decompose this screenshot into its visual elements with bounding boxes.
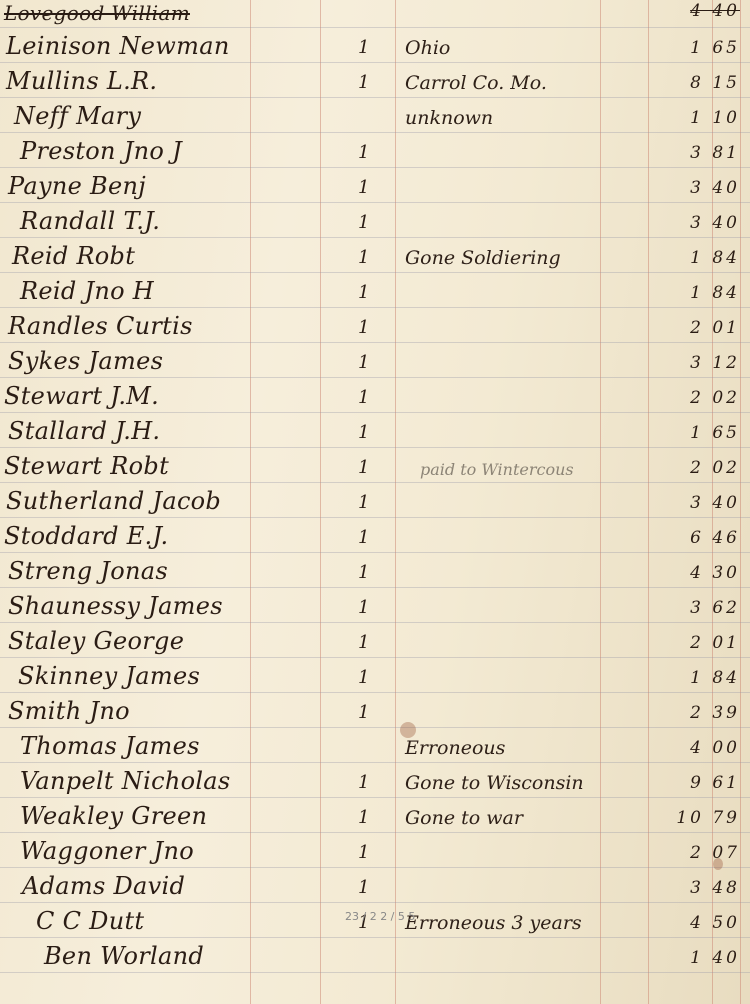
entry-amount: 10 79 — [676, 808, 740, 828]
entry-amount: 3 40 — [690, 178, 740, 198]
entry-amount: 1 84 — [690, 668, 740, 688]
entry-remark: Erroneous 3 years — [405, 912, 582, 934]
entry-amount: 3 48 — [690, 878, 740, 898]
entry-name: Adams David — [22, 872, 185, 900]
ledger-row: Adams David13 48 — [0, 869, 750, 904]
entry-name: Skinney James — [18, 662, 200, 690]
entry-tally: 1 — [358, 667, 369, 688]
entry-tally: 1 — [358, 457, 369, 478]
entry-remark: Gone to Wisconsin — [405, 772, 584, 794]
entry-name: Stallard J.H. — [8, 417, 160, 445]
entry-remark: Carrol Co. Mo. — [405, 72, 547, 94]
entry-amount: 3 62 — [690, 598, 740, 618]
entry-name: Reid Robt — [12, 242, 135, 270]
ledger-row: Stewart J.M.12 02 — [0, 379, 750, 414]
entry-amount: 4 30 — [690, 563, 740, 583]
entry-name: Randles Curtis — [8, 312, 193, 340]
entry-amount: 4 50 — [690, 913, 740, 933]
entry-amount: 4 00 — [690, 738, 740, 758]
entry-name: Sykes James — [8, 347, 163, 375]
entry-name: Staley George — [8, 627, 184, 655]
ledger-row: Thomas JamesErroneous4 00 — [0, 729, 750, 764]
entry-tally: 1 — [358, 282, 369, 303]
entry-remark: paid to Wintercous — [420, 460, 574, 479]
entry-name: Shaunessy James — [8, 592, 223, 620]
entry-name: Payne Benj — [8, 172, 146, 200]
entry-name: Waggoner Jno — [20, 837, 194, 865]
ledger-row: Stoddard E.J.16 46 — [0, 519, 750, 554]
ledger-row: Neff Maryunknown1 10 — [0, 99, 750, 134]
entry-name: Stoddard E.J. — [4, 522, 168, 550]
entry-amount: 2 02 — [690, 388, 740, 408]
entry-name: Thomas James — [20, 732, 200, 760]
entry-name: Smith Jno — [8, 697, 130, 725]
entry-amount: 1 84 — [690, 248, 740, 268]
entry-amount: 3 40 — [690, 213, 740, 233]
entry-amount: 2 01 — [690, 633, 740, 653]
entry-amount: 9 61 — [690, 773, 740, 793]
entry-tally: 1 — [358, 597, 369, 618]
entry-tally: 1 — [358, 72, 369, 93]
entry-tally: 1 — [358, 37, 369, 58]
ledger-row: Sutherland Jacob13 40 — [0, 484, 750, 519]
entry-name: Mullins L.R. — [6, 67, 157, 95]
ledger-row: Leinison Newman1Ohio1 65 — [0, 29, 750, 64]
entry-amount: 1 10 — [690, 108, 740, 128]
ledger-row: Ben Worland1 40 — [0, 939, 750, 974]
entry-name: Stewart Robt — [4, 452, 169, 480]
entry-tally: 1 — [358, 387, 369, 408]
ledger-row: Waggoner Jno12 07 — [0, 834, 750, 869]
entry-name: Streng Jonas — [8, 557, 168, 585]
entry-amount: 1 65 — [690, 38, 740, 58]
ledger-row: Staley George12 01 — [0, 624, 750, 659]
entry-tally: 1 — [358, 317, 369, 338]
ledger-row: Skinney James11 84 — [0, 659, 750, 694]
entry-amount: 8 15 — [690, 73, 740, 93]
entry-name: Neff Mary — [14, 102, 141, 130]
entry-remark: Erroneous — [405, 737, 505, 759]
entry-tally: 1 — [358, 807, 369, 828]
entry-remark: Gone to war — [405, 807, 523, 829]
ledger-row: Reid Robt1Gone Soldiering1 84 — [0, 239, 750, 274]
ledger-row: Lovegood William — [0, 0, 750, 29]
ink-stain — [400, 722, 416, 738]
entry-tally: 1 — [358, 702, 369, 723]
entry-amount: 6 46 — [690, 528, 740, 548]
entry-name: Leinison Newman — [6, 32, 230, 60]
ledger-row: Sykes James13 12 — [0, 344, 750, 379]
entry-name: Sutherland Jacob — [6, 487, 221, 515]
ledger-page: 4 40Lovegood WilliamLeinison Newman1Ohio… — [0, 0, 750, 1004]
ledger-row: Streng Jonas14 30 — [0, 554, 750, 589]
entry-tally: 1 — [358, 177, 369, 198]
entry-tally: 1 — [358, 877, 369, 898]
entry-amount: 1 40 — [690, 948, 740, 968]
entry-tally: 1 — [358, 772, 369, 793]
ledger-row: Stallard J.H.11 65 — [0, 414, 750, 449]
entry-name: Ben Worland — [44, 942, 204, 970]
entry-name: Preston Jno J — [20, 137, 182, 165]
entry-tally: 1 — [358, 842, 369, 863]
entry-tally: 1 — [358, 492, 369, 513]
ledger-row: Randall T.J.13 40 — [0, 204, 750, 239]
entry-tally: 1 — [358, 352, 369, 373]
ledger-row: Smith Jno12 39 — [0, 694, 750, 729]
ledger-row: Shaunessy James13 62 — [0, 589, 750, 624]
entry-amount: 3 81 — [690, 143, 740, 163]
entry-tally: 1 — [358, 527, 369, 548]
entry-remark: Ohio — [405, 37, 450, 59]
entry-amount: 2 02 — [690, 458, 740, 478]
entry-name: Weakley Green — [20, 802, 207, 830]
entry-amount: 3 12 — [690, 353, 740, 373]
entry-name: Reid Jno H — [20, 277, 154, 305]
entry-name: C C Dutt — [36, 907, 144, 935]
entry-remark: unknown — [405, 107, 493, 129]
entry-amount: 2 01 — [690, 318, 740, 338]
entry-remark: Gone Soldiering — [405, 247, 561, 269]
entry-amount: 3 40 — [690, 493, 740, 513]
ledger-row: Weakley Green1Gone to war10 79 — [0, 799, 750, 834]
entry-name: Randall T.J. — [20, 207, 160, 235]
ledger-row: Reid Jno H11 84 — [0, 274, 750, 309]
entry-tally: 1 — [358, 632, 369, 653]
ledger-row: Mullins L.R.1Carrol Co. Mo.8 15 — [0, 64, 750, 99]
ledger-row: Vanpelt Nicholas1Gone to Wisconsin9 61 — [0, 764, 750, 799]
entry-amount: 1 84 — [690, 283, 740, 303]
ledger-row: Preston Jno J13 81 — [0, 134, 750, 169]
ledger-row: Stewart Robt1paid to Wintercous2 02 — [0, 449, 750, 484]
entry-name: Vanpelt Nicholas — [20, 767, 231, 795]
entry-tally: 1 — [358, 562, 369, 583]
entry-amount: 1 65 — [690, 423, 740, 443]
ink-stain — [713, 858, 723, 870]
entry-amount: 2 39 — [690, 703, 740, 723]
entry-tally: 1 — [358, 422, 369, 443]
entry-tally: 1 — [358, 212, 369, 233]
entry-name: Lovegood William — [4, 1, 190, 25]
entry-tally: 1 — [358, 142, 369, 163]
pencil-margin-note: 23 / 2 2 / 5 5 — [345, 912, 415, 922]
entry-name: Stewart J.M. — [4, 382, 159, 410]
ledger-row: Payne Benj13 40 — [0, 169, 750, 204]
entry-tally: 1 — [358, 247, 369, 268]
ledger-row: Randles Curtis12 01 — [0, 309, 750, 344]
